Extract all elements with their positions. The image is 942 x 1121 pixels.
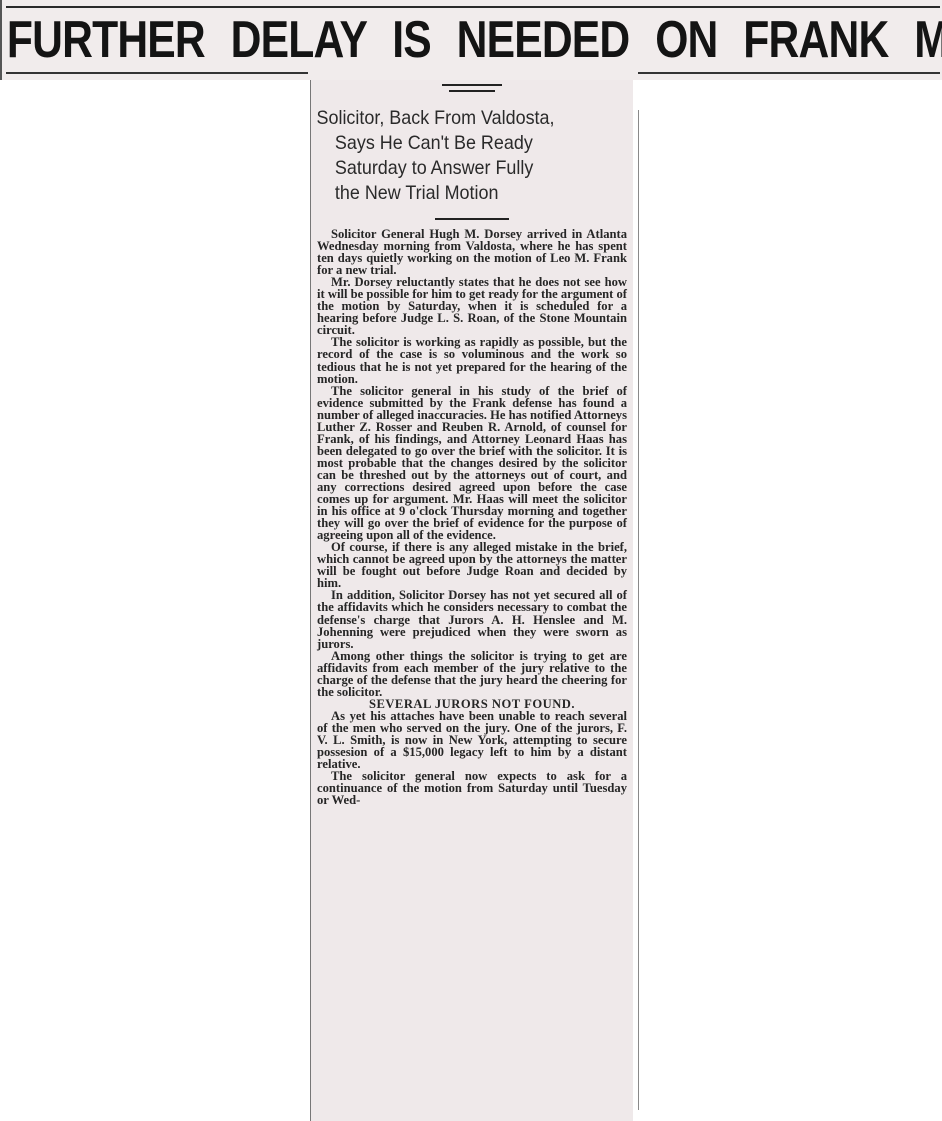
deck-line: Solicitor, Back From Valdosta, [317, 106, 621, 131]
paragraph: Mr. Dorsey reluctantly states that he do… [317, 276, 627, 336]
deck-headline: Solicitor, Back From Valdosta, Says He C… [311, 92, 627, 206]
deck-line: the New Trial Motion [317, 181, 621, 206]
deck-line: Saturday to Answer Fully [317, 156, 621, 181]
divider-rule [442, 84, 502, 86]
paragraph: The solicitor general in his study of th… [317, 385, 627, 542]
headline-banner: FURTHER DELAY IS NEEDED ON FRANK MOTION [0, 0, 942, 80]
top-rule [6, 6, 940, 8]
paragraph: In addition, Solicitor Dorsey has not ye… [317, 589, 627, 649]
article-body: Solicitor General Hugh M. Dorsey arrived… [311, 228, 633, 806]
paragraph: Among other things the solicitor is tryi… [317, 650, 627, 698]
paragraph: Of course, if there is any alleged mista… [317, 541, 627, 589]
paragraph: The solicitor general now expects to ask… [317, 770, 627, 806]
headline: FURTHER DELAY IS NEEDED ON FRANK MOTION [2, 10, 942, 70]
paragraph: Solicitor General Hugh M. Dorsey arrived… [317, 228, 627, 276]
headline-rule-left [6, 72, 308, 74]
paragraph: As yet his attaches have been unable to … [317, 710, 627, 770]
deck-line: Says He Can't Be Ready [317, 131, 621, 156]
paragraph: The solicitor is working as rapidly as p… [317, 336, 627, 384]
divider-rule [435, 218, 509, 220]
column-rule [638, 110, 639, 1110]
headline-rule-right [638, 72, 940, 74]
article-column: Solicitor, Back From Valdosta, Says He C… [310, 80, 633, 1121]
